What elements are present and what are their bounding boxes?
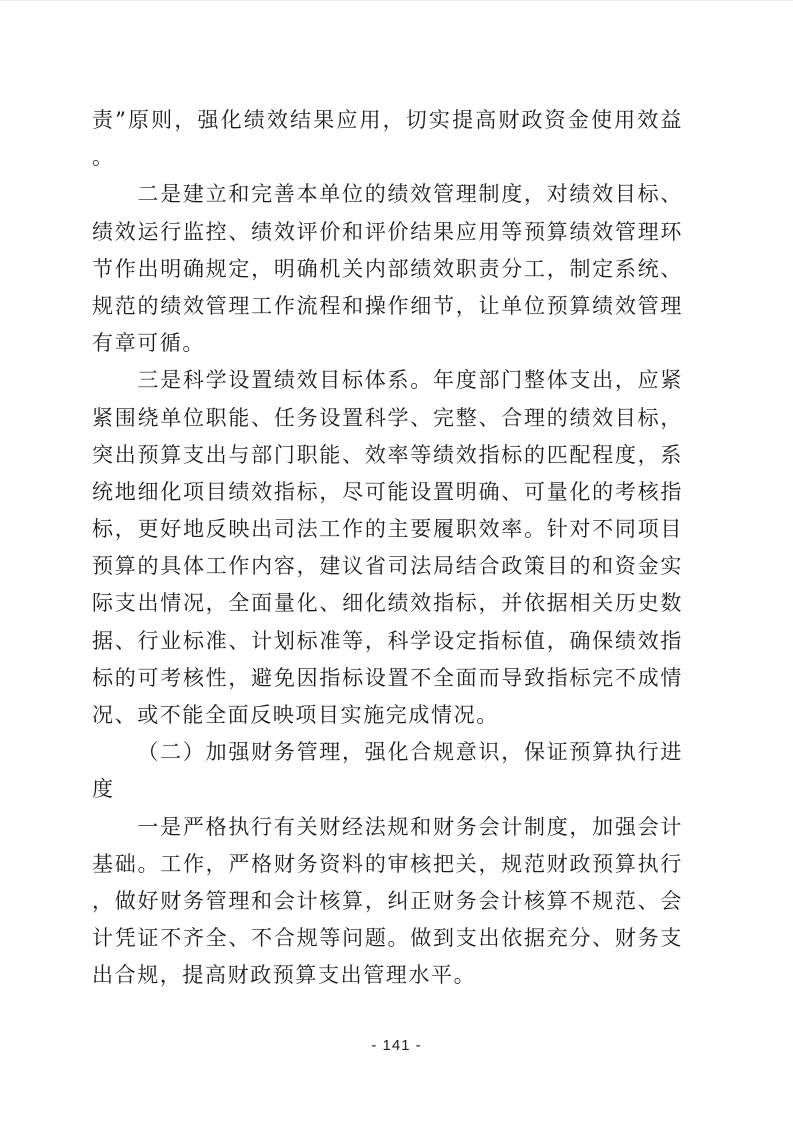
text-line: 度 bbox=[92, 771, 683, 808]
document-body: 责”原则，强化绩效结果应用，切实提高财政资金使用效益。二是建立和完善本单位的绩效… bbox=[92, 102, 683, 995]
text-line: 标，更好地反映出司法工作的主要履职效率。针对不同项目 bbox=[92, 511, 683, 548]
text-line: 节作出明确规定，明确机关内部绩效职责分工，制定系统、 bbox=[92, 251, 683, 288]
text-line: 据、行业标准、计划标准等，科学设定指标值，确保绩效指 bbox=[92, 623, 683, 660]
text-line: 预算的具体工作内容，建议省司法局结合政策目的和资金实 bbox=[92, 548, 683, 585]
page-number: - 141 - bbox=[0, 1037, 793, 1055]
text-line: 际支出情况，全面量化、细化绩效指标，并依据相关历史数 bbox=[92, 585, 683, 622]
text-line: ，做好财务管理和会计核算，纠正财务会计核算不规范、会 bbox=[92, 883, 683, 920]
text-line: 紧围绕单位职能、任务设置科学、完整、合理的绩效目标， bbox=[92, 400, 683, 437]
text-line: （二）加强财务管理，强化合规意识，保证预算执行进 bbox=[92, 734, 683, 771]
text-line: 一是严格执行有关财经法规和财务会计制度，加强会计 bbox=[92, 809, 683, 846]
text-line: 计凭证不齐全、不合规等问题。做到支出依据充分、财务支 bbox=[92, 920, 683, 957]
text-line: 有章可循。 bbox=[92, 325, 683, 362]
text-line: 基础。工作，严格财务资料的审核把关，规范财政预算执行 bbox=[92, 846, 683, 883]
text-line: 出合规，提高财政预算支出管理水平。 bbox=[92, 957, 683, 994]
text-line: 标的可考核性，避免因指标设置不全面而导致指标完不成情 bbox=[92, 660, 683, 697]
text-line: 突出预算支出与部门职能、效率等绩效指标的匹配程度，系 bbox=[92, 437, 683, 474]
text-line: 责”原则，强化绩效结果应用，切实提高财政资金使用效益 bbox=[92, 102, 683, 139]
text-line: 。 bbox=[92, 139, 683, 176]
text-line: 绩效运行监控、绩效评价和评价结果应用等预算绩效管理环 bbox=[92, 214, 683, 251]
text-line: 况、或不能全面反映项目实施完成情况。 bbox=[92, 697, 683, 734]
text-line: 二是建立和完善本单位的绩效管理制度，对绩效目标、 bbox=[92, 176, 683, 213]
text-line: 统地细化项目绩效指标，尽可能设置明确、可量化的考核指 bbox=[92, 474, 683, 511]
text-line: 规范的绩效管理工作流程和操作细节，让单位预算绩效管理 bbox=[92, 288, 683, 325]
document-page: 责”原则，强化绩效结果应用，切实提高财政资金使用效益。二是建立和完善本单位的绩效… bbox=[0, 0, 793, 1122]
text-line: 三是科学设置绩效目标体系。年度部门整体支出，应紧 bbox=[92, 362, 683, 399]
